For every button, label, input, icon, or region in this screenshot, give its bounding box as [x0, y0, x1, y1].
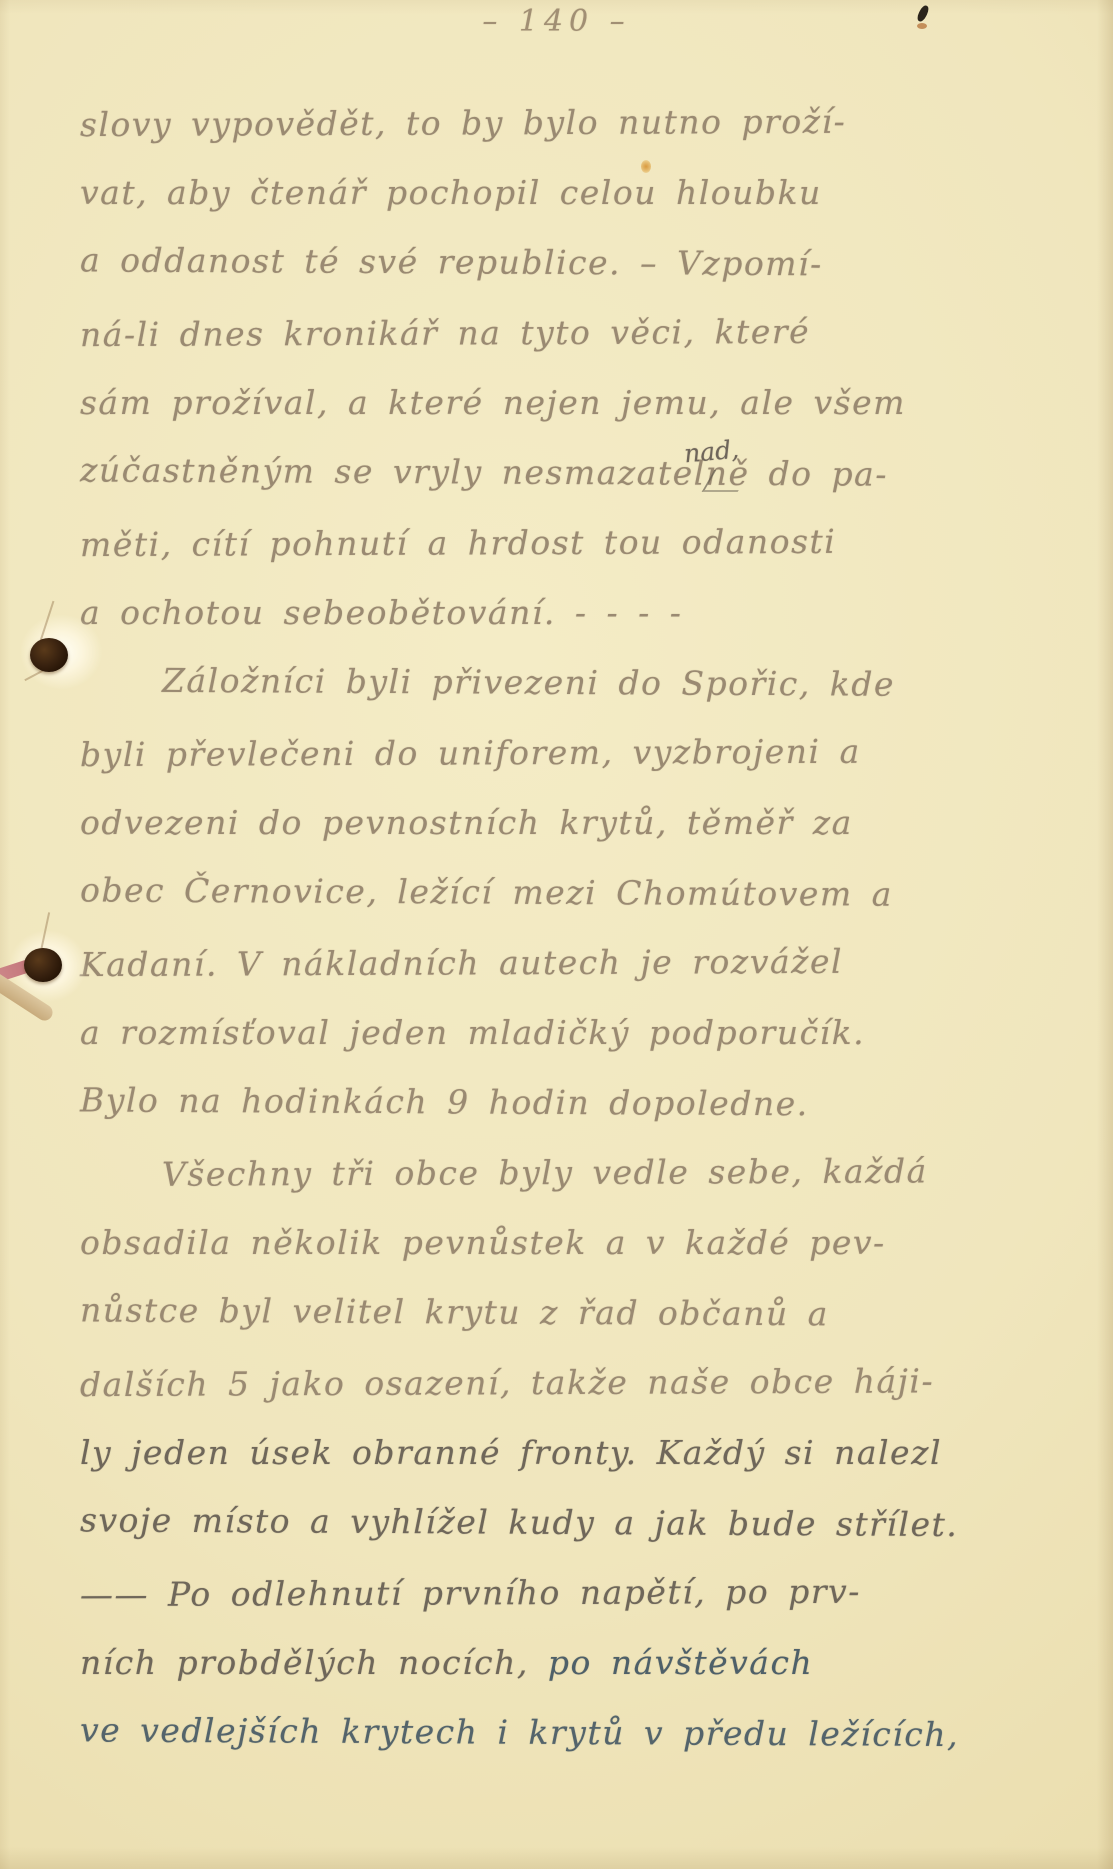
manuscript-line: měti, cítí pohnutí a hrdost tou odanosti [80, 506, 1060, 580]
manuscript-line: ly jeden úsek obranné fronty. Každý si n… [80, 1418, 1060, 1488]
ink-smudge [917, 23, 927, 29]
manuscript-line-part-dark-ink: po návštěvách [548, 1643, 813, 1682]
manuscript-line: Bylo na hodinkách 9 hodin dopoledne. [80, 1065, 1060, 1140]
manuscript-line: Všechny tři obce byly vedle sebe, každá [80, 1136, 1060, 1210]
manuscript-line: obsadila několik pevnůstek a v každé pev… [80, 1208, 1060, 1278]
manuscript-line: dalších 5 jako osazení, takže naše obce … [80, 1346, 1060, 1420]
manuscript-line: sám prožíval, a které nejen jemu, ale vš… [80, 368, 1060, 438]
manuscript-line: Záložníci byli přivezeni do Spořic, kde [80, 645, 1060, 720]
manuscript-line: nůstce byl velitel krytu z řad občanů a [80, 1275, 1060, 1350]
punch-hole [24, 948, 62, 982]
manuscript-line: a rozmísťoval jeden mladičký podporučík. [80, 998, 1060, 1068]
manuscript-line: vat, aby čtenář pochopil celou hloubku [80, 158, 1060, 228]
manuscript-line: Kadaní. V nákladních autech je rozvážel [80, 926, 1060, 1000]
punch-hole [30, 638, 68, 672]
manuscript-line: slovy vypovědět, to by bylo nutno proží- [80, 86, 1060, 160]
handwritten-text-block: slovy vypovědět, to by bylo nutno proží-… [80, 88, 1060, 1768]
manuscript-line: zúčastněným se vryly nesmazatelně do pa- [80, 435, 1060, 510]
manuscript-line: odvezeni do pevnostních krytů, těměř za [80, 788, 1060, 858]
manuscript-page: – 140 – slovy vypovědět, to by bylo nutn… [0, 0, 1113, 1869]
manuscript-line: —— Po odlehnutí prvního napětí, po prv- [80, 1556, 1060, 1630]
manuscript-line: ních probdělých nocích, po návštěvách [80, 1628, 1060, 1698]
manuscript-line: ná-li dnes kronikář na tyto věci, které [80, 296, 1060, 370]
manuscript-line: a ochotou sebeobětování. - - - - [80, 578, 1060, 648]
manuscript-line: a oddanost té své republice. – Vzpomí- [80, 225, 1060, 300]
page-number: – 140 – [0, 4, 1113, 39]
manuscript-line: obec Černovice, ležící mezi Chomútovem a [80, 855, 1060, 930]
manuscript-line-part: ních probdělých nocích, [80, 1643, 548, 1682]
manuscript-line: ve vedlejších krytech i krytů v předu le… [80, 1695, 1060, 1770]
manuscript-line: byli převlečeni do uniforem, vyzbrojeni … [80, 716, 1060, 790]
interlinear-insertion: nad, [683, 435, 740, 469]
manuscript-line: svoje místo a vyhlížel kudy a jak bude s… [80, 1485, 1060, 1560]
